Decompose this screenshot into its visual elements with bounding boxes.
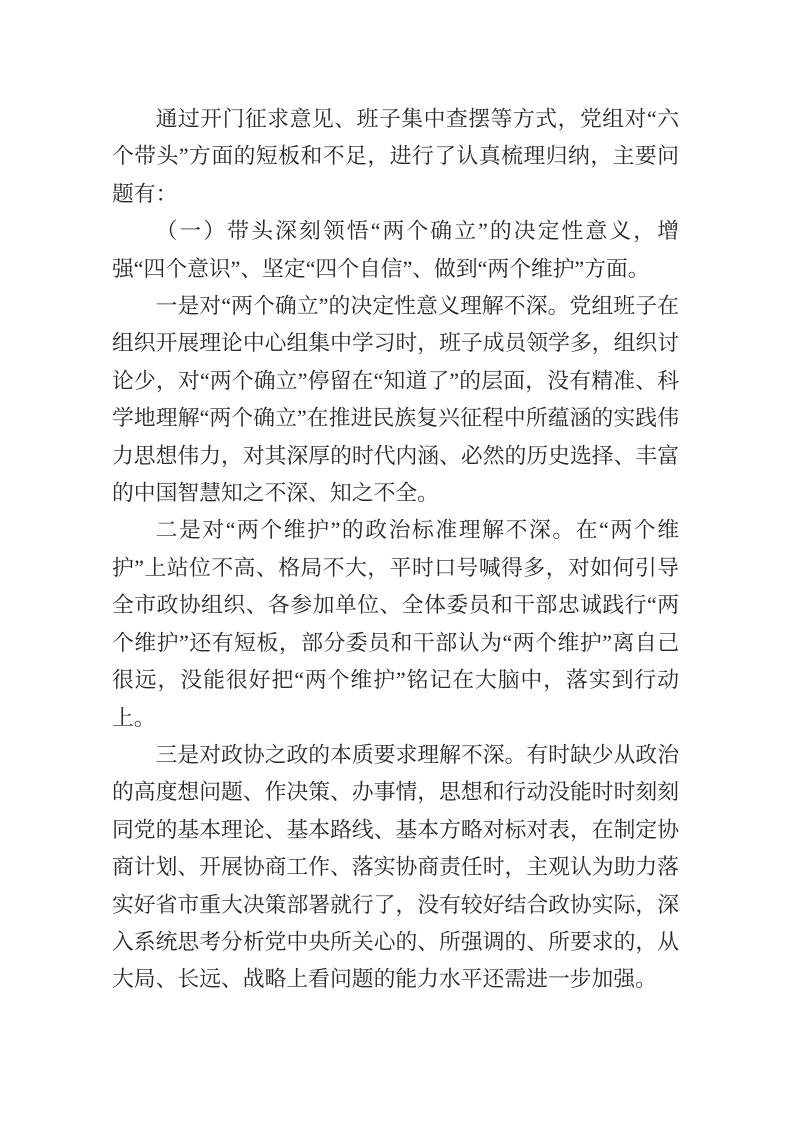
paragraph-intro: 通过开门征求意见、班子集中查摆等方式，党组对“六个带头”方面的短板和不足，进行了… <box>112 101 679 213</box>
paragraph-section-heading-one: （一）带头深刻领悟“两个确立”的决定性意义，增强“四个意识”、坚定“四个自信”、… <box>112 213 679 288</box>
paragraph-point-one: 一是对“两个确立”的决定性意义理解不深。党组班子在组织开展理论中心组集中学习时，… <box>112 288 679 512</box>
document-page: 通过开门征求意见、班子集中查摆等方式，党组对“六个带头”方面的短板和不足，进行了… <box>0 0 793 1122</box>
paragraph-point-three: 三是对政协之政的本质要求理解不深。有时缺少从政治的高度想问题、作决策、办事情，思… <box>112 737 679 999</box>
paragraph-point-two: 二是对“两个维护”的政治标准理解不深。在“两个维护”上站位不高、格局不大，平时口… <box>112 512 679 736</box>
document-body: 通过开门征求意见、班子集中查摆等方式，党组对“六个带头”方面的短板和不足，进行了… <box>112 101 679 999</box>
